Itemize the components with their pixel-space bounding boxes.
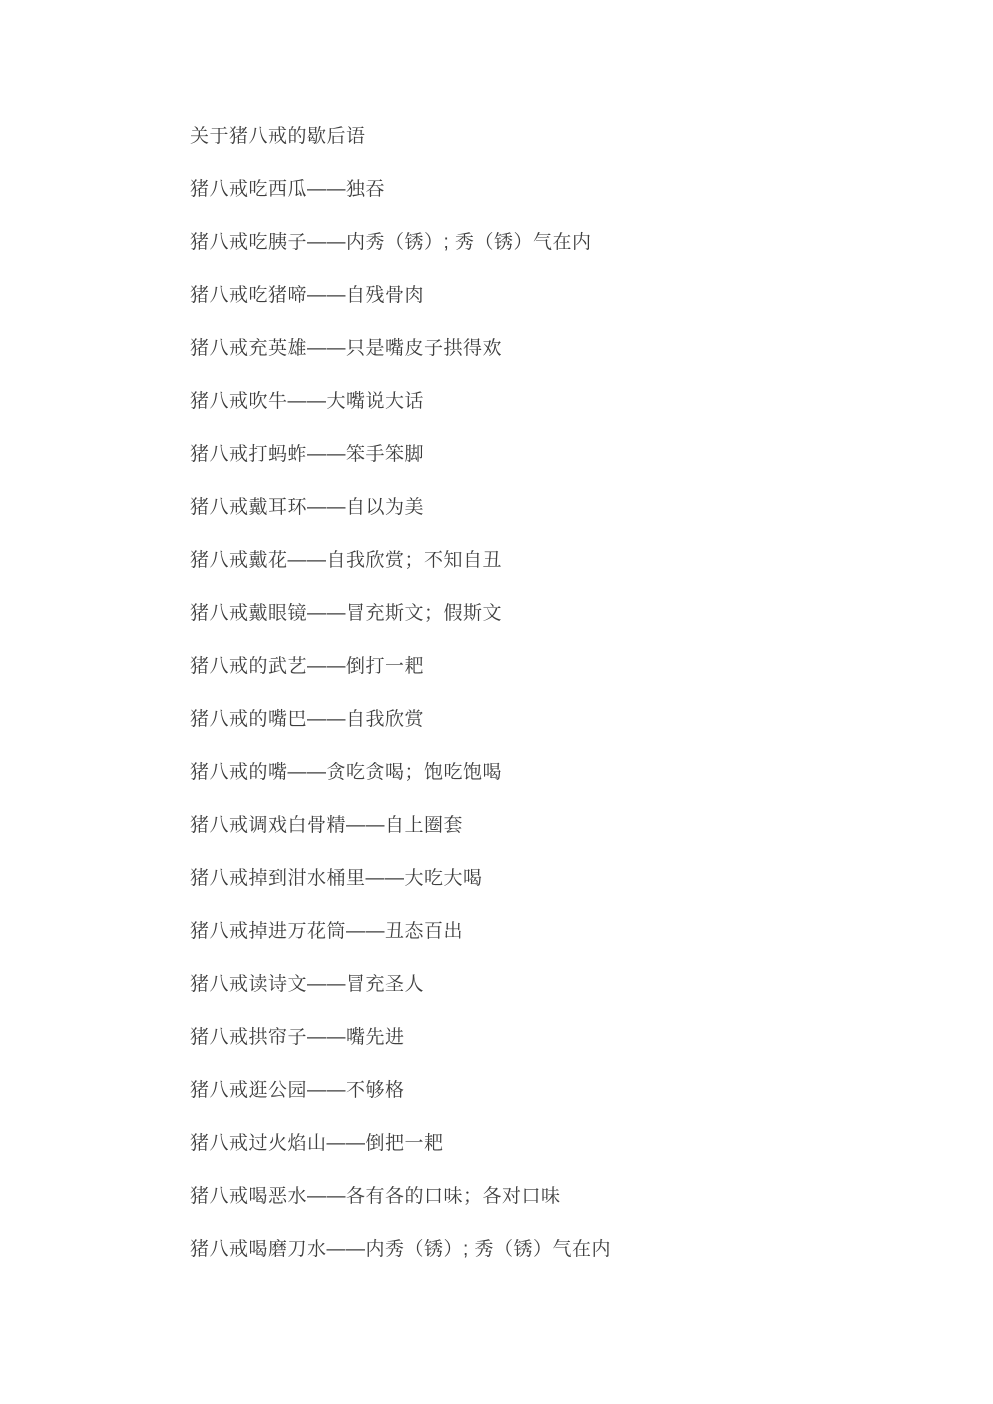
document-page: 关于猪八戒的歇后语 猪八戒吃西瓜——独吞猪八戒吃胰子——内秀（锈）; 秀（锈）气… <box>0 0 993 1404</box>
saying-line: 猪八戒掉到泔水桶里——大吃大喝 <box>190 852 913 905</box>
saying-line: 猪八戒逛公园——不够格 <box>190 1064 913 1117</box>
saying-line: 猪八戒掉进万花筒——丑态百出 <box>190 905 913 958</box>
saying-line: 猪八戒调戏白骨精——自上圈套 <box>190 799 913 852</box>
saying-line: 猪八戒的武艺——倒打一耙 <box>190 640 913 693</box>
saying-line: 猪八戒喝磨刀水——内秀（锈）; 秀（锈）气在内 <box>190 1223 913 1276</box>
saying-list: 猪八戒吃西瓜——独吞猪八戒吃胰子——内秀（锈）; 秀（锈）气在内猪八戒吃猪啼——… <box>190 163 913 1276</box>
saying-line: 猪八戒吃猪啼——自残骨肉 <box>190 269 913 322</box>
saying-line: 猪八戒的嘴巴——自我欣赏 <box>190 693 913 746</box>
saying-line: 猪八戒的嘴——贪吃贪喝；饱吃饱喝 <box>190 746 913 799</box>
saying-line: 猪八戒戴耳环——自以为美 <box>190 481 913 534</box>
saying-line: 猪八戒读诗文——冒充圣人 <box>190 958 913 1011</box>
saying-line: 猪八戒吹牛——大嘴说大话 <box>190 375 913 428</box>
saying-line: 猪八戒戴花——自我欣赏；不知自丑 <box>190 534 913 587</box>
saying-line: 猪八戒吃胰子——内秀（锈）; 秀（锈）气在内 <box>190 216 913 269</box>
saying-line: 猪八戒喝恶水——各有各的口味；各对口味 <box>190 1170 913 1223</box>
saying-line: 猪八戒打蚂蚱——笨手笨脚 <box>190 428 913 481</box>
saying-line: 猪八戒充英雄——只是嘴皮子拱得欢 <box>190 322 913 375</box>
saying-line: 猪八戒过火焰山——倒把一耙 <box>190 1117 913 1170</box>
document-title: 关于猪八戒的歇后语 <box>190 110 913 163</box>
saying-line: 猪八戒戴眼镜——冒充斯文；假斯文 <box>190 587 913 640</box>
saying-line: 猪八戒吃西瓜——独吞 <box>190 163 913 216</box>
saying-line: 猪八戒拱帘子——嘴先进 <box>190 1011 913 1064</box>
